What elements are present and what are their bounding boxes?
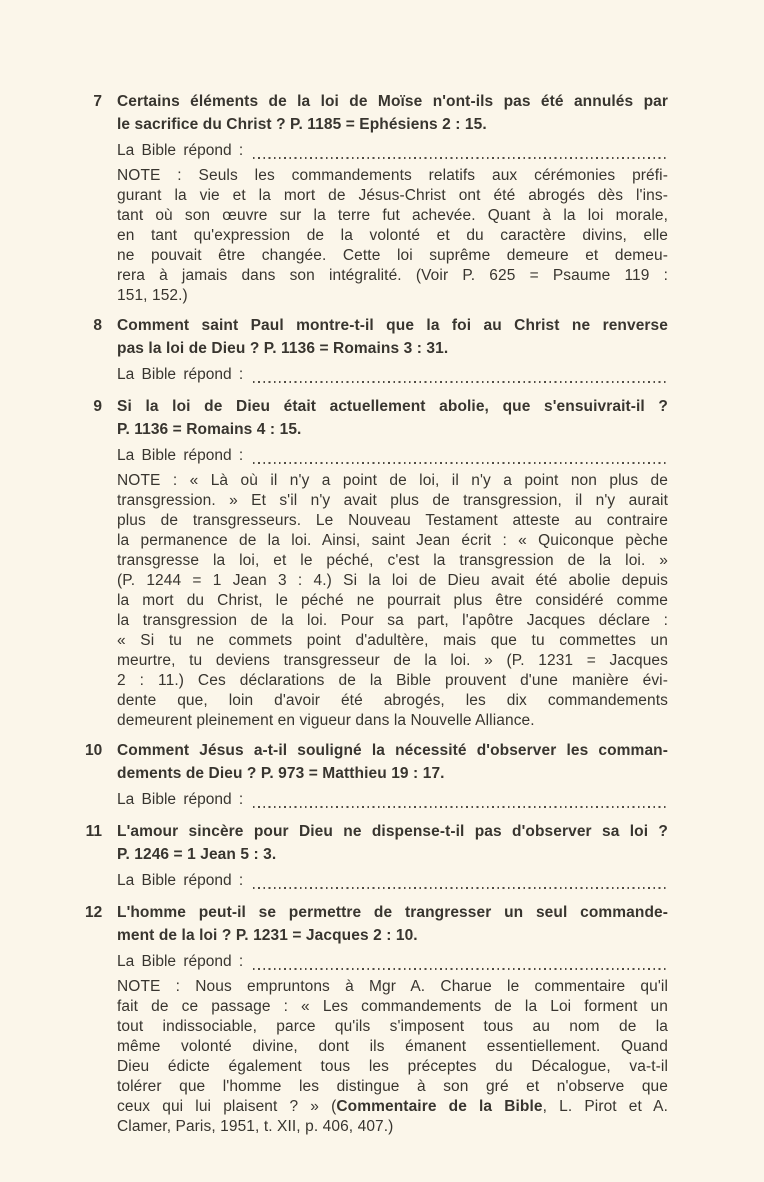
- note-line: rera à jamais dans son intégralité. (Voi…: [117, 266, 668, 286]
- question-line: L'amour sincère pour Dieu ne dispense-t-…: [117, 820, 668, 843]
- question-row: 8 Comment saint Paul montre-t-il que la …: [85, 314, 668, 360]
- note-line: en tant qu'expression de la volonté et d…: [117, 226, 668, 246]
- answer-line: La Bible répond :: [117, 869, 668, 893]
- answer-row: La Bible répond :: [85, 869, 668, 893]
- answer-line: La Bible répond :: [117, 950, 668, 974]
- note-line: « Si tu ne commets point d'adultère, mai…: [117, 631, 668, 651]
- question-number: 9: [85, 395, 117, 441]
- answer-row: La Bible répond :: [85, 444, 668, 468]
- question-text: Si la loi de Dieu était actuellement abo…: [117, 395, 668, 441]
- note-line: transgression. » Et s'il n'y avait plus …: [117, 491, 668, 511]
- question-group: 12 L'homme peut-il se permettre de trang…: [85, 901, 668, 1137]
- answer-gutter: [85, 788, 117, 812]
- answer-label: La Bible répond :: [117, 788, 243, 812]
- answer-dotted-line: [253, 887, 668, 889]
- note-paragraph: NOTE : Nous empruntons à Mgr A. Charue l…: [117, 977, 668, 1137]
- note-line: 151, 152.): [117, 286, 668, 306]
- note-line: tout indissociable, parce qu'ils s'impos…: [117, 1017, 668, 1037]
- answer-dotted-line: [253, 968, 668, 970]
- note-line: la mort du Christ, le péché ne pourrait …: [117, 591, 668, 611]
- question-line: pas la loi de Dieu ? P. 1136 = Romains 3…: [117, 337, 668, 360]
- question-row: 12 L'homme peut-il se permettre de trang…: [85, 901, 668, 947]
- question-text: Comment Jésus a-t-il souligné la nécessi…: [117, 739, 668, 785]
- note-line: gurant la vie et la mort de Jésus-Christ…: [117, 186, 668, 206]
- answer-gutter: [85, 363, 117, 387]
- note-line: tant où son œuvre sur la terre fut achev…: [117, 206, 668, 226]
- question-number: 11: [85, 820, 117, 866]
- question-line: P. 1246 = 1 Jean 5 : 3.: [117, 843, 668, 866]
- answer-line: La Bible répond :: [117, 363, 668, 387]
- question-row: 10 Comment Jésus a-t-il souligné la néce…: [85, 739, 668, 785]
- note-gutter: [85, 977, 117, 1137]
- question-line: ment de la loi ? P. 1231 = Jacques 2 : 1…: [117, 924, 668, 947]
- answer-label: La Bible répond :: [117, 139, 243, 163]
- answer-dotted-line: [253, 462, 668, 464]
- note-row: NOTE : Nous empruntons à Mgr A. Charue l…: [85, 977, 668, 1137]
- note-line: tolérer que l'homme les distingue à son …: [117, 1077, 668, 1097]
- note-line: transgresse la loi, et le péché, c'est l…: [117, 551, 668, 571]
- note-line: ceux qui lui plaisent ? » (Commentaire d…: [117, 1097, 668, 1117]
- note-gutter: [85, 166, 117, 306]
- answer-row: La Bible répond :: [85, 788, 668, 812]
- answer-line: La Bible répond :: [117, 444, 668, 468]
- note-line: Dieu édicte également tous les préceptes…: [117, 1057, 668, 1077]
- question-line: Si la loi de Dieu était actuellement abo…: [117, 395, 668, 418]
- note-gutter: [85, 471, 117, 731]
- question-row: 11 L'amour sincère pour Dieu ne dispense…: [85, 820, 668, 866]
- question-number: 10: [85, 739, 117, 785]
- note-line: fait de ce passage : « Les commandements…: [117, 997, 668, 1017]
- answer-dotted-line: [253, 806, 668, 808]
- note-line: plus de transgresseurs. Le Nouveau Testa…: [117, 511, 668, 531]
- question-line: Comment Jésus a-t-il souligné la nécessi…: [117, 739, 668, 762]
- note-paragraph: NOTE : Seuls les commandements relatifs …: [117, 166, 668, 306]
- note-line: Clamer, Paris, 1951, t. XII, p. 406, 407…: [117, 1117, 668, 1137]
- question-text: Comment saint Paul montre-t-il que la fo…: [117, 314, 668, 360]
- note-row: NOTE : Seuls les commandements relatifs …: [85, 166, 668, 306]
- note-line: NOTE : Seuls les commandements relatifs …: [117, 166, 668, 186]
- question-group: 7 Certains éléments de la loi de Moïse n…: [85, 90, 668, 306]
- scanned-document-page: { "colors":{ "background":"#fbf6ea", "te…: [0, 0, 764, 1182]
- question-row: 7 Certains éléments de la loi de Moïse n…: [85, 90, 668, 136]
- note-line: demeurent pleinement en vigueur dans la …: [117, 711, 668, 731]
- document-page: 7 Certains éléments de la loi de Moïse n…: [85, 90, 668, 1145]
- question-line: Comment saint Paul montre-t-il que la fo…: [117, 314, 668, 337]
- answer-gutter: [85, 444, 117, 468]
- questions-list: 7 Certains éléments de la loi de Moïse n…: [85, 90, 668, 1137]
- note-line: NOTE : « Là où il n'y a point de loi, il…: [117, 471, 668, 491]
- question-line: L'homme peut-il se permettre de trangres…: [117, 901, 668, 924]
- note-line: (P. 1244 = 1 Jean 3 : 4.) Si la loi de D…: [117, 571, 668, 591]
- question-text: L'amour sincère pour Dieu ne dispense-t-…: [117, 820, 668, 866]
- note-segment: ceux qui lui plaisent ? » (: [117, 1098, 336, 1115]
- note-line: la permanence de la loi. Ainsi, saint Je…: [117, 531, 668, 551]
- answer-dotted-line: [253, 381, 668, 383]
- answer-label: La Bible répond :: [117, 869, 243, 893]
- question-line: P. 1136 = Romains 4 : 15.: [117, 418, 668, 441]
- answer-dotted-line: [253, 157, 668, 159]
- question-line: Certains éléments de la loi de Moïse n'o…: [117, 90, 668, 113]
- question-text: Certains éléments de la loi de Moïse n'o…: [117, 90, 668, 136]
- answer-row: La Bible répond :: [85, 950, 668, 974]
- note-line: NOTE : Nous empruntons à Mgr A. Charue l…: [117, 977, 668, 997]
- note-line: 2 : 11.) Ces déclarations de la Bible pr…: [117, 671, 668, 691]
- answer-label: La Bible répond :: [117, 363, 243, 387]
- question-group: 11 L'amour sincère pour Dieu ne dispense…: [85, 820, 668, 893]
- answer-gutter: [85, 869, 117, 893]
- answer-gutter: [85, 139, 117, 163]
- answer-gutter: [85, 950, 117, 974]
- question-number: 8: [85, 314, 117, 360]
- book-title-bold: Commentaire de la Bible: [336, 1098, 542, 1115]
- question-number: 12: [85, 901, 117, 947]
- answer-line: La Bible répond :: [117, 788, 668, 812]
- note-line: ne pouvait être changée. Cette loi suprê…: [117, 246, 668, 266]
- question-row: 9 Si la loi de Dieu était actuellement a…: [85, 395, 668, 441]
- note-line: la transgression de la loi. Pour sa part…: [117, 611, 668, 631]
- question-line: dements de Dieu ? P. 973 = Matthieu 19 :…: [117, 762, 668, 785]
- question-group: 8 Comment saint Paul montre-t-il que la …: [85, 314, 668, 387]
- answer-row: La Bible répond :: [85, 363, 668, 387]
- question-group: 10 Comment Jésus a-t-il souligné la néce…: [85, 739, 668, 812]
- note-line: meurtre, tu deviens transgresseur de la …: [117, 651, 668, 671]
- answer-label: La Bible répond :: [117, 444, 243, 468]
- question-text: L'homme peut-il se permettre de trangres…: [117, 901, 668, 947]
- answer-row: La Bible répond :: [85, 139, 668, 163]
- answer-line: La Bible répond :: [117, 139, 668, 163]
- question-line: le sacrifice du Christ ? P. 1185 = Ephés…: [117, 113, 668, 136]
- answer-label: La Bible répond :: [117, 950, 243, 974]
- note-line: même volonté divine, dont ils émanent es…: [117, 1037, 668, 1057]
- note-segment: , L. Pirot et A.: [543, 1098, 668, 1115]
- question-group: 9 Si la loi de Dieu était actuellement a…: [85, 395, 668, 731]
- note-line: dente que, loin d'avoir été abrogés, les…: [117, 691, 668, 711]
- question-number: 7: [85, 90, 117, 136]
- note-row: NOTE : « Là où il n'y a point de loi, il…: [85, 471, 668, 731]
- note-paragraph: NOTE : « Là où il n'y a point de loi, il…: [117, 471, 668, 731]
